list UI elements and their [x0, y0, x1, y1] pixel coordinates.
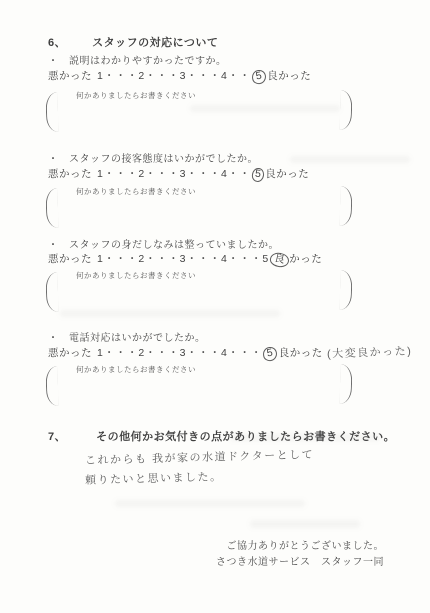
rating-scale-numbers: 1・・・2・・・3・・・4・・・5: [97, 253, 269, 265]
question-4-comment-box: 何かありましたらお書きください: [44, 362, 354, 412]
question-3-comment-box: 何かありましたらお書きください: [44, 268, 354, 318]
rating-left-anchor: 悪かった: [48, 70, 92, 82]
section-7-header: 7、その他何かお気付きの点がありましたらお書きください。: [48, 428, 395, 444]
footer-signature: さつき水道サービス スタッフ一同: [216, 553, 384, 568]
left-bracket: [46, 188, 59, 228]
comment-box-label: 何かありましたらお書きください: [76, 364, 196, 375]
left-bracket: [46, 92, 59, 132]
section-7-number: 7、: [48, 428, 66, 444]
section-6-header: 6、スタッフの対応について: [48, 34, 218, 50]
circled-rating-mark: 5: [251, 167, 265, 182]
left-bracket: [46, 366, 59, 406]
right-bracket: [340, 270, 353, 310]
section-6-number: 6、: [48, 34, 66, 50]
question-2-rating-scale: 悪かった1・・・2・・・3・・・4・・5良かった: [48, 166, 309, 182]
rating-scale-numbers: 1・・・2・・・3・・・4・・: [97, 70, 251, 82]
bleed-through-artifact: [115, 500, 305, 507]
rating-right-anchor: 良かった: [267, 70, 311, 82]
question-1-comment-box: 何かありましたらお書きください: [44, 88, 354, 138]
right-bracket: [340, 364, 353, 404]
handwritten-answer-line-2: 頼りたいと思いました。: [85, 468, 223, 488]
question-3-prompt: ・ スタッフの身だしなみは整っていましたか。: [48, 236, 279, 251]
rating-left-anchor: 悪かった: [48, 253, 92, 265]
rating-right-anchor: 良かった: [265, 168, 309, 180]
circled-rating-mark: 5: [262, 346, 279, 362]
circled-rating-mark: 5: [251, 69, 268, 85]
footer-thanks: ご協力ありがとうございました。: [227, 537, 385, 552]
comment-box-label: 何かありましたらお書きください: [76, 186, 196, 197]
circled-rating-mark: 良: [269, 251, 290, 269]
handwritten-rating-note: (大変良かった): [326, 343, 412, 362]
question-1-rating-scale: 悪かった1・・・2・・・3・・・4・・5良かった: [48, 68, 311, 84]
left-bracket: [46, 272, 59, 312]
rating-left-anchor: 悪かった: [48, 168, 92, 180]
question-2-prompt: ・ スタッフの接客態度はいかがでしたか。: [48, 150, 258, 165]
rating-right-anchor: かった: [289, 253, 322, 265]
question-1-prompt: ・ 説明はわかりやすかったですか。: [48, 52, 227, 67]
rating-scale-numbers: 1・・・2・・・3・・・4・・: [97, 168, 251, 180]
section-6-title: スタッフの対応について: [92, 37, 218, 49]
question-2-comment-box: 何かありましたらお書きください: [44, 184, 354, 234]
question-3-rating-scale: 悪かった1・・・2・・・3・・・4・・・5良かった: [48, 251, 322, 267]
handwritten-answer-line-1: これからも 我が家の水道ドクターとして: [85, 446, 314, 468]
question-4-rating-scale: 悪かった1・・・2・・・3・・・4・・・5良かった(大変良かった): [48, 344, 412, 361]
section-7-title: その他何かお気付きの点がありましたらお書きください。: [96, 431, 395, 443]
comment-box-label: 何かありましたらお書きください: [76, 90, 196, 101]
comment-box-label: 何かありましたらお書きください: [76, 270, 196, 281]
rating-scale-numbers: 1・・・2・・・3・・・4・・・: [97, 347, 262, 359]
scanned-survey-page: 6、スタッフの対応について ・ 説明はわかりやすかったですか。 悪かった1・・・…: [0, 0, 430, 613]
rating-right-anchor: 良かった: [279, 347, 323, 359]
question-4-prompt: ・ 電話対応はいかがでしたか。: [48, 329, 206, 344]
right-bracket: [340, 186, 353, 226]
right-bracket: [340, 90, 353, 130]
bleed-through-artifact: [290, 156, 410, 163]
bleed-through-artifact: [250, 520, 360, 528]
rating-left-anchor: 悪かった: [48, 347, 92, 359]
